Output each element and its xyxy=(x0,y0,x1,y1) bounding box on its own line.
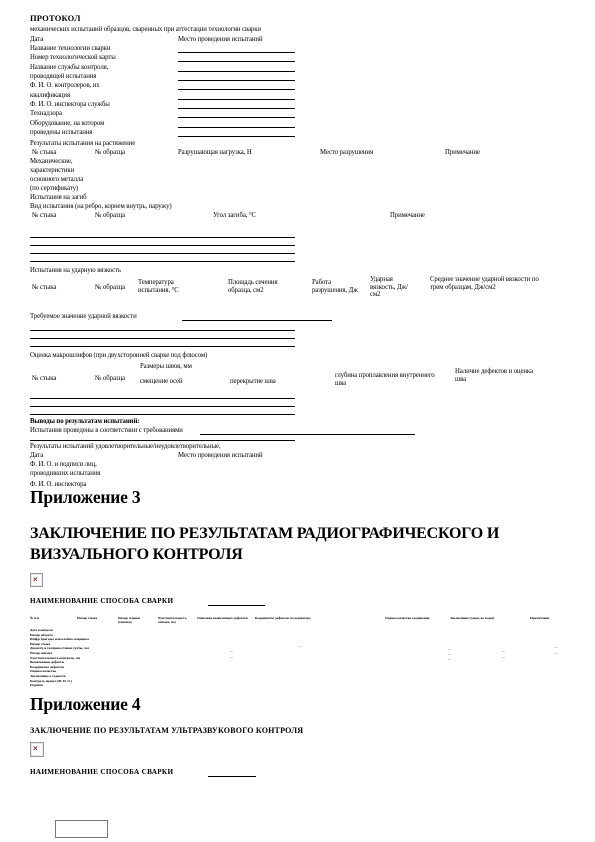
column-header: Площадь сечения образца, см2 xyxy=(228,279,292,294)
table-header-cell: Описание выявленных дефектов xyxy=(197,616,249,620)
rule-line xyxy=(30,237,295,238)
table-row-label: Координаты дефектов xyxy=(30,665,64,669)
table-header-cell: Заключение (годен, не годен) xyxy=(450,616,502,620)
field-label: квалификация xyxy=(30,92,70,100)
column-header: № образца xyxy=(95,375,125,383)
table-dots: ... xyxy=(555,645,558,649)
date-place-row: Дата Место проведения испытаний xyxy=(30,36,575,45)
conclusion-title: Выводы по результатам испытаний: xyxy=(30,418,139,427)
broken-image-icon: × xyxy=(30,573,43,587)
conclusion-line1-row: Испытания проведены в соответствии с тре… xyxy=(30,427,575,436)
protocol-fields: Название технологии сварки Номер техноло… xyxy=(30,45,575,139)
method-row-app4: НАИМЕНОВАНИЕ СПОСОБА СВАРКИ xyxy=(30,768,575,778)
field-label: Ф. И. О. контролеров, их xyxy=(30,82,100,90)
table-dots: ... xyxy=(298,644,301,648)
blank-line xyxy=(182,313,332,321)
date-label: Дата xyxy=(30,452,43,460)
page-content: ПРОТОКОЛ механических испытаний образцов… xyxy=(30,0,575,842)
method-label: НАИМЕНОВАНИЕ СПОСОБА СВАРКИ xyxy=(30,597,173,605)
table-dots: ... xyxy=(502,655,505,659)
protocol-subtitle: механических испытаний образцов, сваренн… xyxy=(30,26,261,35)
table-header-cell: № п/п xyxy=(30,616,44,620)
column-header: Разрушающая нагрузка, Н xyxy=(178,149,252,157)
appendix3-heading: Приложение 3 xyxy=(30,487,140,507)
bend-kind-line: Вид испытания (на ребро, корнем внутрь, … xyxy=(30,203,172,212)
field-label: Оборудование, на котором xyxy=(30,120,104,128)
results-table: № п/п Номер стыка Номер пленки (снимка) … xyxy=(30,614,575,694)
date-label: Дата xyxy=(30,36,43,44)
field-label: проводящей испытания xyxy=(30,73,96,81)
empty-table-cell xyxy=(55,820,108,838)
base-metal-line: характеристики xyxy=(30,167,74,176)
column-header: Температура испытания, °С xyxy=(138,279,196,294)
rule-line xyxy=(30,398,295,399)
rule-line xyxy=(30,346,295,347)
broken-image-icon: × xyxy=(30,742,44,757)
appendix4-title: ЗАКЛЮЧЕНИЕ ПО РЕЗУЛЬТАТАМ УЛЬТРАЗВУКОВОГ… xyxy=(30,726,303,735)
impact-section-title: Испытания на ударную вязкость xyxy=(30,267,121,276)
appendix3-title-line1: ЗАКЛЮЧЕНИЕ ПО РЕЗУЛЬТАТАМ РАДИОГРАФИЧЕСК… xyxy=(30,523,575,544)
blank-line xyxy=(208,598,265,606)
field-label: проведены испытания xyxy=(30,129,92,137)
column-header: перекрытие шва xyxy=(230,378,276,386)
column-header: Наличие дефектов и оценка шва xyxy=(455,368,545,383)
document-page: ПРОТОКОЛ механических испытаний образцов… xyxy=(0,0,595,842)
column-header: Ударная вязкость, Дж/см2 xyxy=(370,276,414,299)
appendix4-heading: Приложение 4 xyxy=(30,694,140,714)
blank-line xyxy=(178,120,295,128)
rule-line xyxy=(30,245,295,246)
column-header: № образца xyxy=(95,149,125,157)
field-label: Название службы контроля, xyxy=(30,64,108,72)
rule-line xyxy=(30,253,295,254)
required-impact-label: Требуемое значение ударной вязкости xyxy=(30,313,137,321)
blank-line xyxy=(178,82,295,90)
macro-section-title: Оценка макрошлифов (при двухсторонней св… xyxy=(30,352,207,361)
column-header: № стыка xyxy=(32,284,56,292)
base-metal-line: (по сертификату) xyxy=(30,185,78,194)
place-label: Место проведения испытаний xyxy=(178,452,262,460)
blank-line xyxy=(178,101,295,109)
tensile-header-row: № стыка № образца Разрушающая нагрузка, … xyxy=(30,149,575,158)
macro-header-row: Размеры швов, мм № стыка № образца смеще… xyxy=(30,361,575,393)
column-header: Работа разрушения, Дж xyxy=(312,279,362,294)
signers-line: проводивших испытания xyxy=(30,470,100,479)
signers-line: Ф. И. О. и подписи лиц, xyxy=(30,461,97,470)
field-label: Название технологии сварки xyxy=(30,45,110,53)
base-metal-line: основного металла xyxy=(30,176,83,185)
rule-line xyxy=(30,406,295,407)
red-x-icon: × xyxy=(33,743,38,754)
table-row-label: Чувствительность контроля, мм xyxy=(30,656,80,660)
appendix3-title-line2: ВИЗУАЛЬНОГО КОНТРОЛЯ xyxy=(30,544,575,565)
table-row-label: Номер стыка xyxy=(30,642,50,646)
bend-header-row: № стыка № образца Угол загиба, °С Примеч… xyxy=(30,212,575,221)
table-header-cell: Примечание xyxy=(530,616,570,620)
blank-line xyxy=(178,64,295,72)
column-header: № стыка xyxy=(32,375,56,383)
conclusion-line1: Испытания проведены в соответствии с тре… xyxy=(30,427,183,435)
red-x-icon: × xyxy=(33,574,38,585)
table-header-cell: Номер пленки (снимка) xyxy=(118,616,154,624)
column-header: Угол загиба, °С xyxy=(213,212,256,220)
blank-line xyxy=(178,54,295,62)
table-dots: ... xyxy=(555,651,558,655)
column-header: Место разрушения xyxy=(320,149,373,157)
column-header: Примечание xyxy=(390,212,425,220)
table-header-cell: Оценка качества соединения xyxy=(385,616,443,620)
impact-required-row: Требуемое значение ударной вязкости xyxy=(30,313,575,322)
table-header-cell: Координаты дефектов по периметру xyxy=(255,616,313,620)
field-label: Номер технологической карты xyxy=(30,54,116,62)
blank-line xyxy=(178,129,295,137)
rule-line xyxy=(30,414,295,415)
table-dots: ... xyxy=(448,657,451,661)
table-row-label: Диаметр и толщина стенки трубы, мм xyxy=(30,646,89,650)
column-header: № стыка xyxy=(32,212,56,220)
table-dots: ... xyxy=(230,655,233,659)
tensile-section-title: Результаты испытания на растяжение xyxy=(30,140,135,149)
column-group-header: Размеры швов, мм xyxy=(140,363,192,371)
column-header: № образца xyxy=(95,284,125,292)
conclusion-line2: Результаты испытаний удовлетворительные/… xyxy=(30,443,221,452)
appendix3-title: ЗАКЛЮЧЕНИЕ ПО РЕЗУЛЬТАТАМ РАДИОГРАФИЧЕСК… xyxy=(30,523,575,565)
blank-line xyxy=(178,73,295,81)
table-row-label: Выявленные дефекты xyxy=(30,660,64,664)
rule-line xyxy=(30,261,295,262)
column-header: глубина проплавления внутреннего шва xyxy=(335,372,435,387)
blank-line xyxy=(200,427,415,435)
column-header: Примечание xyxy=(445,149,480,157)
impact-header-row: № стыка № образца Температура испытания,… xyxy=(30,276,575,306)
table-header-cell: Чувствительность снимка, мм xyxy=(158,616,196,624)
column-header: № образца xyxy=(95,212,125,220)
blank-line xyxy=(178,45,295,53)
blank-line xyxy=(178,110,295,118)
table-dots: ... xyxy=(448,647,451,651)
table-header-cell: Номер стыка xyxy=(77,616,109,620)
rule-line xyxy=(30,338,295,339)
table-row-label: Заключение о годности xyxy=(30,674,66,678)
rule-line xyxy=(30,330,295,331)
place-label: Место проведения испытаний xyxy=(178,36,262,44)
blank-line xyxy=(208,769,256,777)
table-row-label: Оценка качества xyxy=(30,669,56,673)
field-label: Ф. И. О. инспектора службы xyxy=(30,101,110,109)
base-metal-line: Механические, xyxy=(30,158,72,167)
table-row-label: Контроль провел (Ф. И. О.) xyxy=(30,679,72,683)
table-row-label: Номер снимка xyxy=(30,651,52,655)
field-label: Технадзора xyxy=(30,110,62,118)
method-label: НАИМЕНОВАНИЕ СПОСОБА СВАРКИ xyxy=(30,768,173,776)
table-dots: ... xyxy=(448,652,451,656)
table-dots: ... xyxy=(230,649,233,653)
method-row-app3: НАИМЕНОВАНИЕ СПОСОБА СВАРКИ xyxy=(30,597,575,607)
blank-line xyxy=(178,92,295,100)
bend-section-title: Испытания на загиб xyxy=(30,194,86,203)
table-row-label: Дата контроля xyxy=(30,628,53,632)
table-row-label: Номер объекта xyxy=(30,633,53,637)
column-header: смещение осей xyxy=(140,378,183,386)
conclusion-date-row: Дата Место проведения испытаний xyxy=(30,452,575,461)
column-header: № стыка xyxy=(32,149,56,157)
protocol-title: ПРОТОКОЛ xyxy=(30,14,81,23)
table-row-label: Подпись xyxy=(30,683,43,687)
column-header: Среднее значение ударной вязкости по тре… xyxy=(430,276,548,291)
rule-line xyxy=(30,440,295,441)
table-row-label: Шифр бригады или клеймо сварщика xyxy=(30,637,89,641)
table-dots: ... xyxy=(502,649,505,653)
